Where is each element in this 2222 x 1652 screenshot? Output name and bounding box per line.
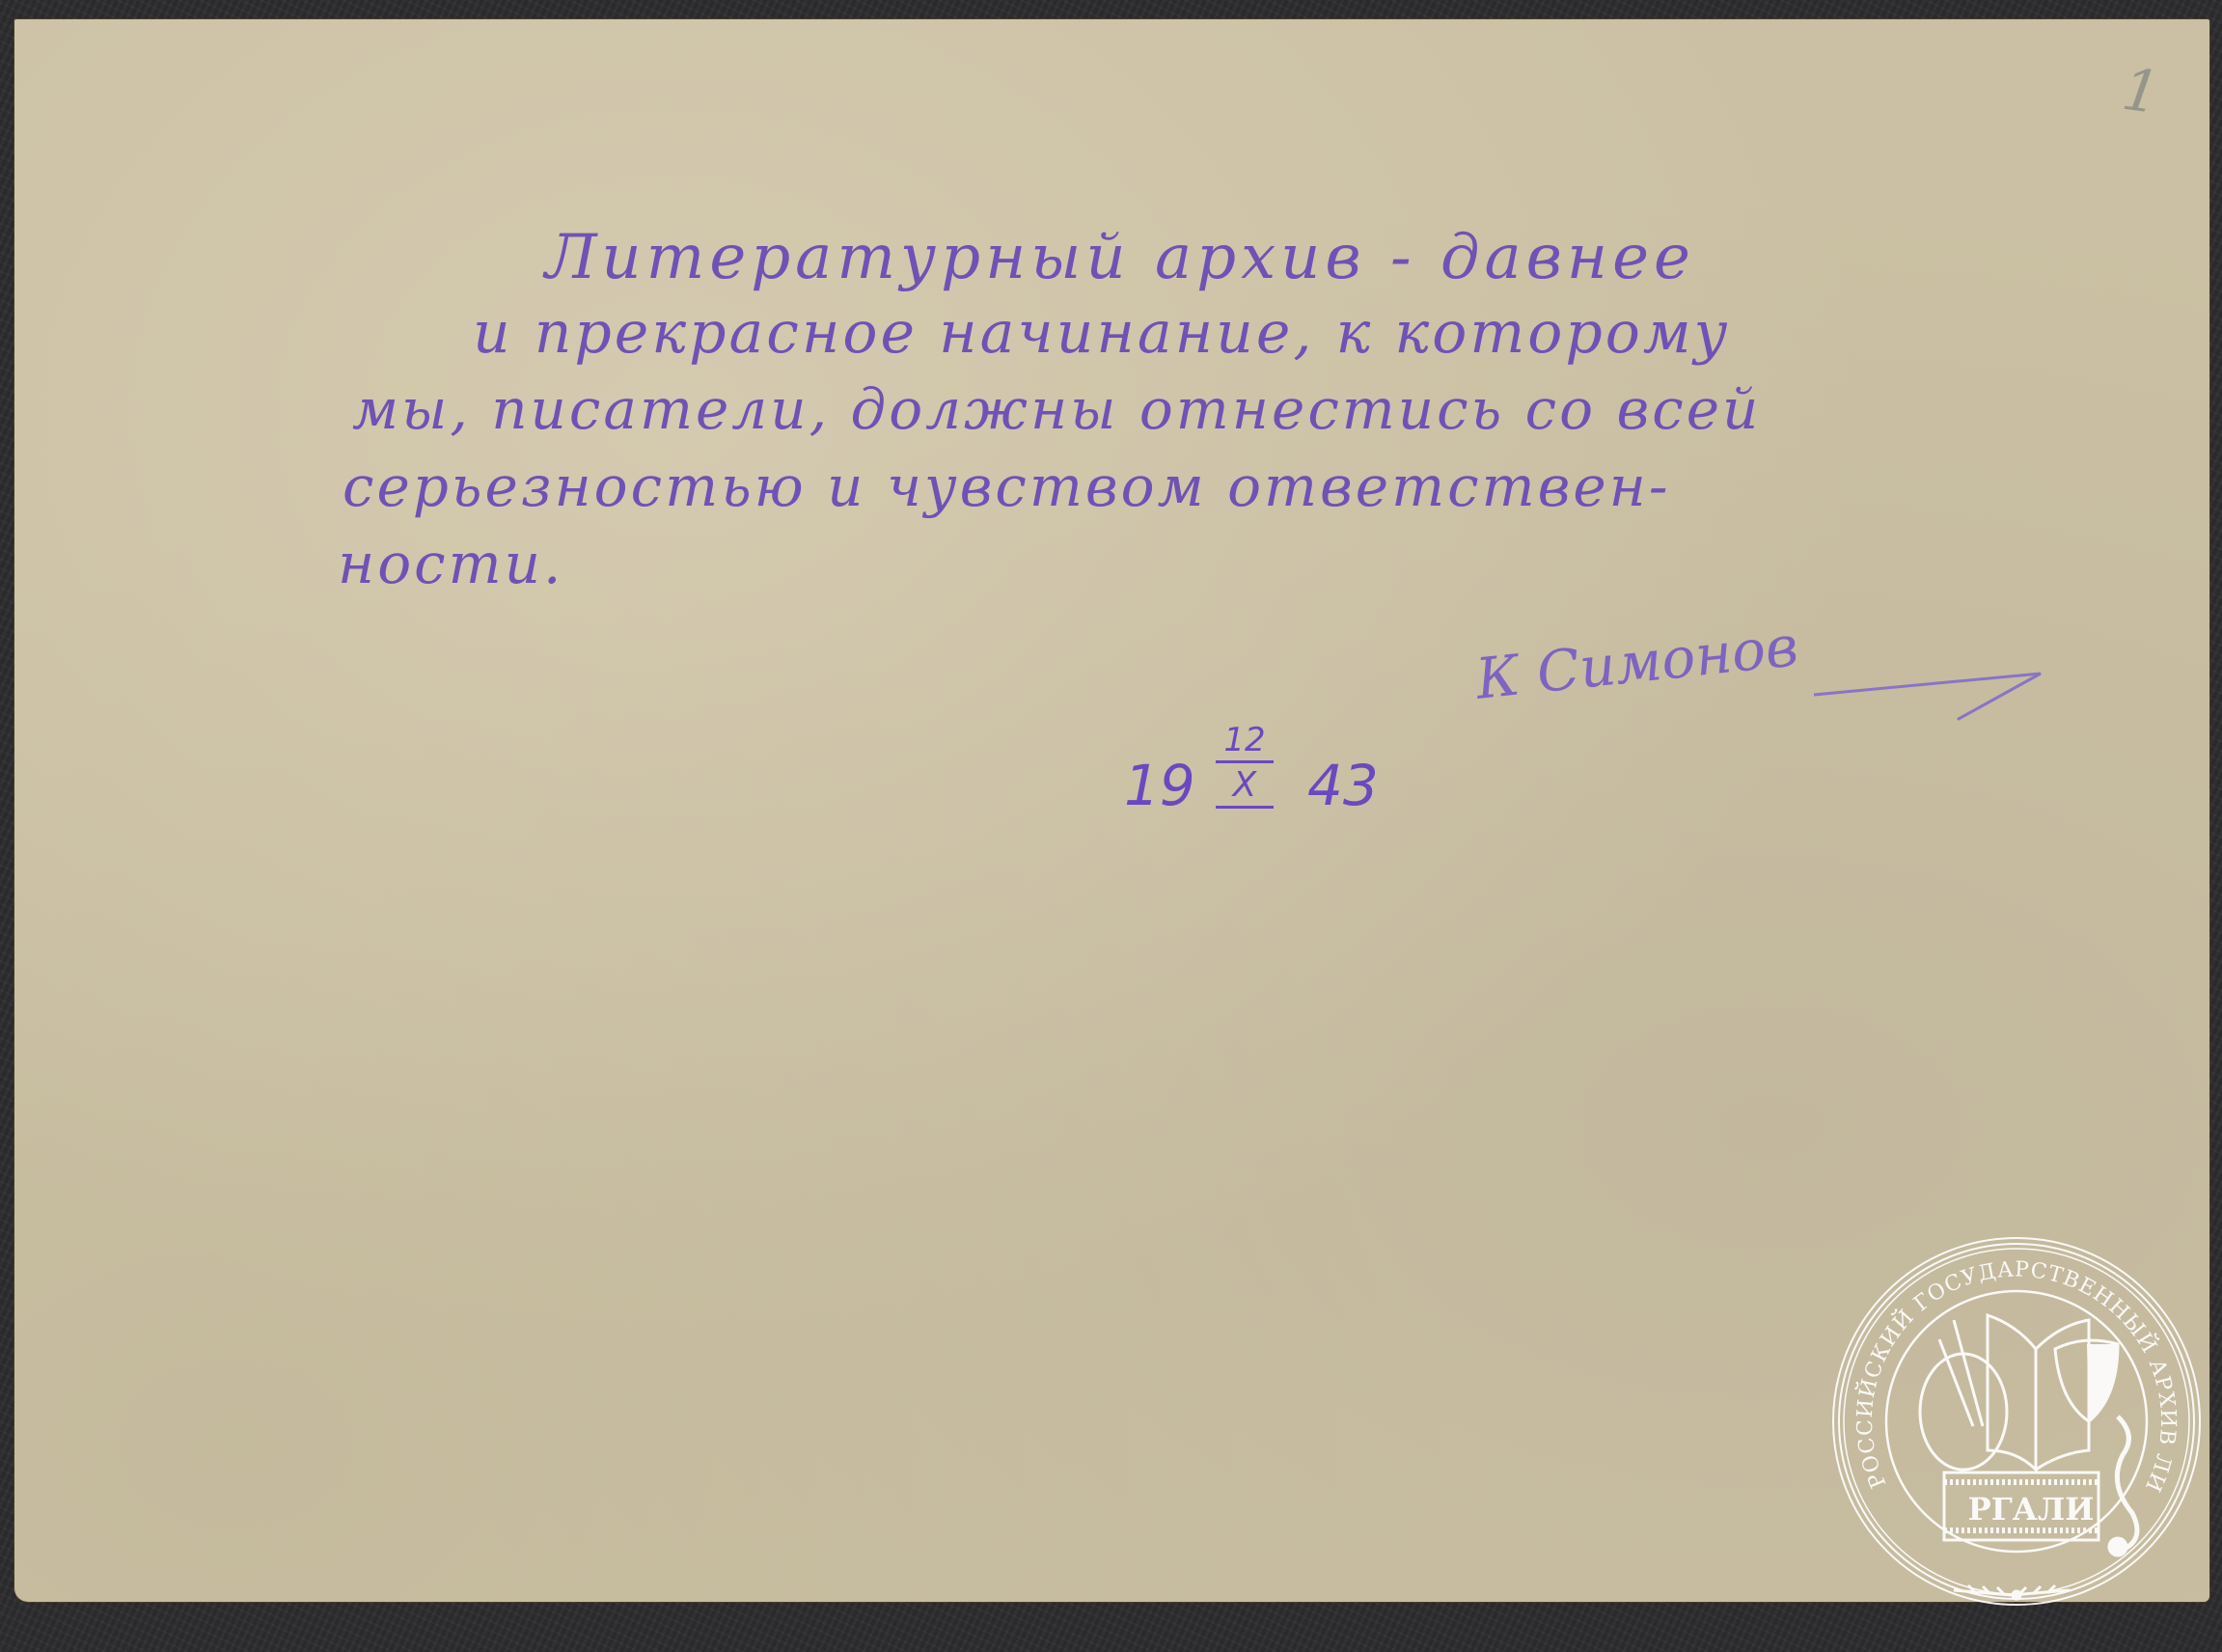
date-year: 43 [1307,753,1379,818]
theater-mask-icon [2055,1340,2118,1421]
treble-clef-icon [2110,1417,2137,1555]
handwritten-line-3: мы, писатели, должны отнестись со всей [352,376,1761,442]
laurel-icon [1954,1585,2070,1599]
date-fraction-bar [1216,760,1274,763]
handwritten-line-1: Литературный архив - давнее [545,222,1695,293]
stamp-center-text: РГАЛИ [1968,1491,2095,1528]
date-month-roman: X [1216,767,1274,809]
date-month-fraction: 12 X [1216,724,1274,809]
handwritten-line-2: и прекрасное начинание, к которому [473,299,1730,367]
handwritten-line-4: серьезностью и чувством ответствен- [343,454,1670,519]
stamp-ring-text: РОССИЙСКИЙ ГОСУДАРСТВЕННЫЙ АРХИВ ЛИТЕРАТ… [1828,1233,2180,1496]
rgali-stamp: РОССИЙСКИЙ ГОСУДАРСТВЕННЫЙ АРХИВ ЛИТЕРАТ… [1828,1233,2205,1610]
date-day: 19 [1124,753,1195,818]
signature-flourish-icon [1814,666,2045,724]
book-icon [1988,1315,2089,1470]
palette-icon [1920,1320,2007,1470]
date-numerator: 12 [1216,724,1274,757]
handwritten-line-5: ности. [338,531,563,596]
